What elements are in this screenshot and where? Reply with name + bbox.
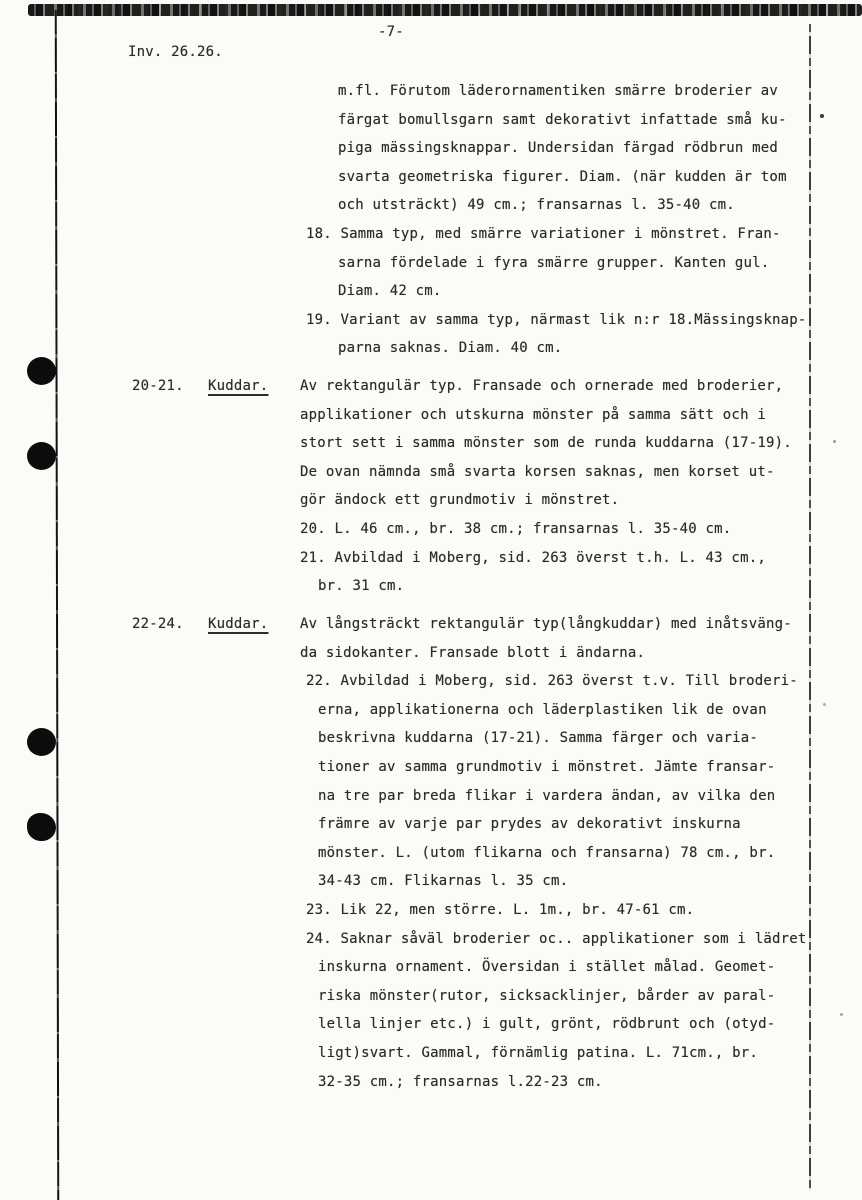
typed-line: m.fl. Förutom läderornamentiken smärre b… [300, 77, 806, 106]
entry-item-name: Kuddar. [208, 372, 268, 401]
hole-punch-dot [27, 813, 56, 841]
hole-punch-dot [27, 728, 56, 756]
typed-line: parna saknas. Diam. 40 cm. [300, 334, 806, 363]
typed-line: 32-35 cm.; fransarnas l.22-23 cm. [300, 1068, 806, 1097]
scan-speck [840, 1013, 843, 1016]
typed-line: 19. Variant av samma typ, närmast lik n:… [300, 306, 806, 335]
typed-line: 18. Samma typ, med smärre variationer i … [300, 220, 806, 249]
typed-line: beskrivna kuddarna (17-21). Samma färger… [300, 724, 806, 753]
typed-line: 22. Avbildad i Moberg, sid. 263 överst t… [300, 667, 806, 696]
typed-line: 23. Lik 22, men större. L. 1m., br. 47-6… [300, 896, 806, 925]
typed-line: Diam. 42 cm. [300, 277, 806, 306]
inventory-reference: Inv. 26.26. [128, 38, 223, 67]
typed-line: och utsträckt) 49 cm.; fransarnas l. 35-… [300, 191, 806, 220]
entry-text-lines: Av långsträckt rektangulär typ(långkudda… [300, 610, 806, 1096]
typed-line: färgat bomullsgarn samt dekorativt infat… [300, 106, 806, 135]
typed-line: främre av varje par prydes av dekorativt… [300, 810, 806, 839]
typed-line: 34-43 cm. Flikarnas l. 35 cm. [300, 867, 806, 896]
typed-line: gör ändock ett grundmotiv i mönstret. [300, 486, 792, 515]
typed-line: sarna fördelade i fyra smärre grupper. K… [300, 249, 806, 278]
entry-item-name: Kuddar. [208, 610, 268, 639]
typed-line: De ovan nämnda små svarta korsen saknas,… [300, 458, 792, 487]
right-margin-rule [809, 24, 811, 1190]
typed-line: tioner av samma grundmotiv i mönstret. J… [300, 753, 806, 782]
scan-speck [823, 703, 826, 706]
entry-text-lines: Av rektangulär typ. Fransade och ornerad… [300, 372, 792, 601]
typed-line: 24. Saknar såväl broderier oc.. applikat… [300, 925, 806, 954]
hole-punch-dot [27, 442, 56, 470]
scan-speck [820, 114, 824, 118]
typed-line: da sidokanter. Fransade blott i ändarna. [300, 639, 806, 668]
scanned-document-page: -7- Inv. 26.26. m.fl. Förutom läderornam… [0, 0, 862, 1200]
scan-edge-noise [28, 4, 862, 16]
entry-number-label: 22-24. [132, 610, 184, 639]
typed-line: svarta geometriska figurer. Diam. (när k… [300, 163, 806, 192]
typed-line: stort sett i samma mönster som de runda … [300, 429, 792, 458]
typed-line: Av långsträckt rektangulär typ(långkudda… [300, 610, 806, 639]
entry-text-lines: m.fl. Förutom läderornamentiken smärre b… [300, 77, 806, 363]
typed-line: br. 31 cm. [300, 572, 792, 601]
typed-line: riska mönster(rutor, sicksacklinjer, bår… [300, 982, 806, 1011]
typed-line: Av rektangulär typ. Fransade och ornerad… [300, 372, 792, 401]
typed-line: applikationer och utskurna mönster på sa… [300, 401, 792, 430]
typed-line: mönster. L. (utom flikarna och fransarna… [300, 839, 806, 868]
typed-line: na tre par breda flikar i vardera ändan,… [300, 782, 806, 811]
typed-line: lella linjer etc.) i gult, grönt, rödbru… [300, 1010, 806, 1039]
left-margin-rule [55, 10, 59, 1200]
typed-line: 21. Avbildad i Moberg, sid. 263 överst t… [300, 544, 792, 573]
page-number: -7- [378, 18, 404, 47]
typed-line: 20. L. 46 cm., br. 38 cm.; fransarnas l.… [300, 515, 792, 544]
hole-punch-dot [27, 357, 56, 385]
typed-line: erna, applikationerna och läderplastiken… [300, 696, 806, 725]
typed-line: ligt)svart. Gammal, förnämlig patina. L.… [300, 1039, 806, 1068]
typed-line: piga mässingsknappar. Undersidan färgad … [300, 134, 806, 163]
entry-number-label: 20-21. [132, 372, 184, 401]
typed-line: inskurna ornament. Översidan i stället m… [300, 953, 806, 982]
scan-speck [833, 440, 836, 443]
